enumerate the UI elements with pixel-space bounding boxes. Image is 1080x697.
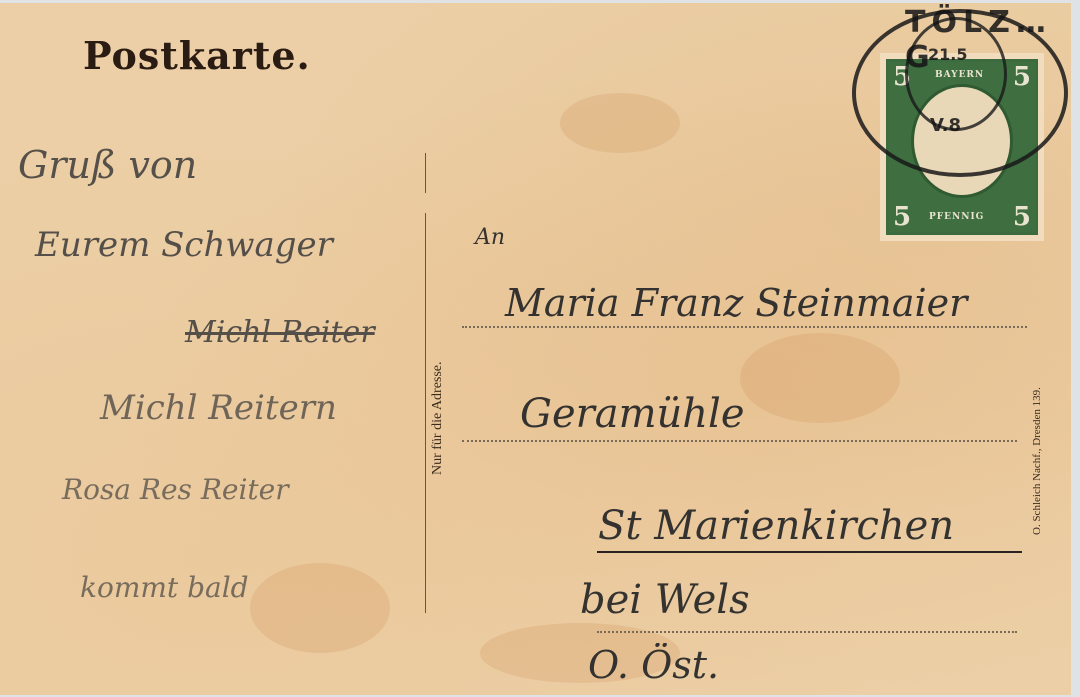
address-rule bbox=[462, 326, 1027, 328]
postmark-date: 21.5 bbox=[928, 45, 967, 64]
address-line: Geramühle bbox=[520, 391, 745, 437]
message-line: Gruß von bbox=[18, 143, 197, 187]
address-rule bbox=[597, 631, 1017, 633]
divider-label: Nur für die Adresse. bbox=[430, 361, 446, 475]
card-title: Postkarte. bbox=[83, 33, 311, 78]
stain bbox=[560, 93, 680, 153]
address-rule bbox=[462, 440, 1017, 442]
stain bbox=[740, 333, 900, 423]
stamp-value: 5 bbox=[893, 202, 911, 232]
address-underline bbox=[597, 551, 1022, 553]
message-line: Rosa Res Reiter bbox=[62, 473, 289, 506]
divider-line bbox=[425, 213, 426, 613]
message-line: Eurem Schwager bbox=[35, 225, 333, 265]
stain bbox=[250, 563, 390, 653]
publisher-imprint: O. Schleich Nachf., Dresden 139. bbox=[1031, 387, 1043, 535]
stamp-denomination: PFENNIG bbox=[929, 212, 984, 222]
postmark-date: V.8 bbox=[930, 115, 961, 136]
postcard: Postkarte. Nur für die Adresse. O. Schle… bbox=[0, 3, 1071, 695]
divider-line bbox=[425, 153, 426, 193]
postmark-town: TÖLZ… G bbox=[905, 5, 1071, 75]
address-line: O. Öst. bbox=[588, 643, 719, 687]
address-line: Maria Franz Steinmaier bbox=[505, 281, 967, 325]
address-line: bei Wels bbox=[580, 577, 750, 623]
message-line-struck: Michl Reiter bbox=[185, 315, 375, 350]
address-line: St Marienkirchen bbox=[598, 503, 954, 549]
message-line: kommt bald bbox=[80, 571, 249, 604]
stamp-value: 5 bbox=[1013, 202, 1031, 232]
message-line: Michl Reitern bbox=[100, 388, 337, 428]
address-prefix: An bbox=[475, 225, 505, 250]
